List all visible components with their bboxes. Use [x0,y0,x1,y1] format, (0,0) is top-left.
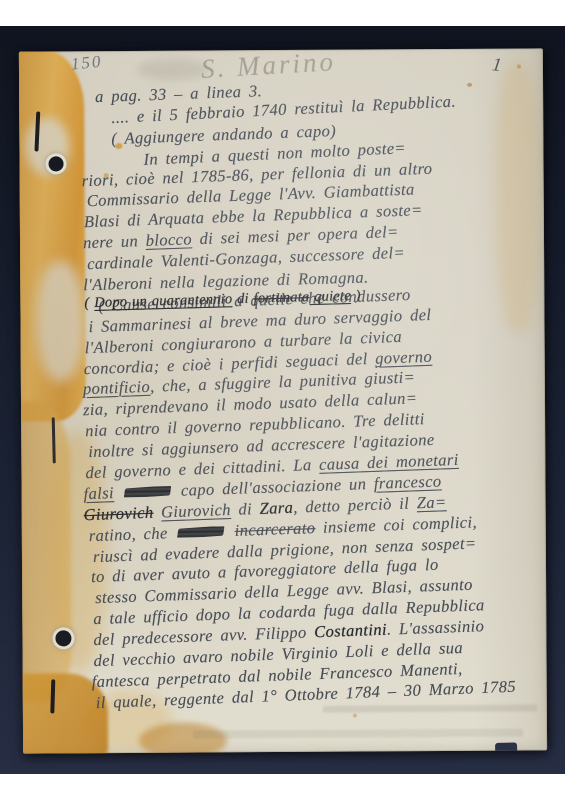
hole-punch-top [49,156,64,171]
handwriting-segment: Za= [416,492,446,512]
handwriting-segment: blocco [145,230,192,251]
photo-background: 150 S. Marino 1 a pag. 33 – a linea 3...… [0,26,565,774]
handwriting-segment: causa dei monetari [319,450,459,474]
handwriting-segment: nere un [83,231,146,252]
staple-slit-middle [52,417,56,463]
handwriting-segment: Giurovich [83,503,154,524]
handwriting-segment: quiete [309,288,351,305]
handwriting-segment [114,483,122,502]
page-number-pencil: 150 [70,52,103,75]
erased-pencil-smudge [137,58,209,80]
scribbled-out-word [177,525,225,538]
handwriting-segment: . L'assassinio [387,616,485,638]
rust-speck [517,65,521,69]
stain-gap [36,261,85,381]
stain-left-middle [19,401,72,701]
erased-pencil-streak [193,729,523,739]
handwriting-segment: ( [84,295,94,311]
handwriting-segment: Zara [259,498,293,518]
handwriting-segment: ratino, che [88,523,175,545]
handwriting-segment: Dopo un quarantennio [94,291,232,311]
handwriting-segment: falsi [83,483,114,503]
handwriting-segment: , detto perciò il [293,493,417,516]
handwriting-segment: Costantini [314,620,387,642]
scribbled-out-word [124,485,172,498]
staple-slit-bottom [50,679,55,713]
manuscript-lines: a pag. 33 – a linea 3..... e il 5 febbra… [81,84,547,714]
handwriting-segment: di [231,499,260,519]
handwriting-segment: Giurovich [161,500,232,521]
stain-bottom-blob [139,722,227,753]
handwriting-segment: pontificio [83,377,151,398]
handwriting-segment: di [232,291,254,308]
stain-left-column [19,49,86,421]
handwriting-segment: francesco [373,471,441,492]
paper-edge-notch [495,742,517,753]
handwriting-segment: governo [375,346,433,367]
rust-speck [353,714,357,718]
handwriting-segment: ) [351,288,361,304]
hole-punch-bottom [55,630,71,646]
manuscript-page: 150 S. Marino 1 a pag. 33 – a linea 3...… [19,48,547,753]
handwriting-segment: fortunata [253,289,309,307]
staple-slit-top [34,111,40,151]
handwriting-segment: incarcerato [234,518,315,540]
